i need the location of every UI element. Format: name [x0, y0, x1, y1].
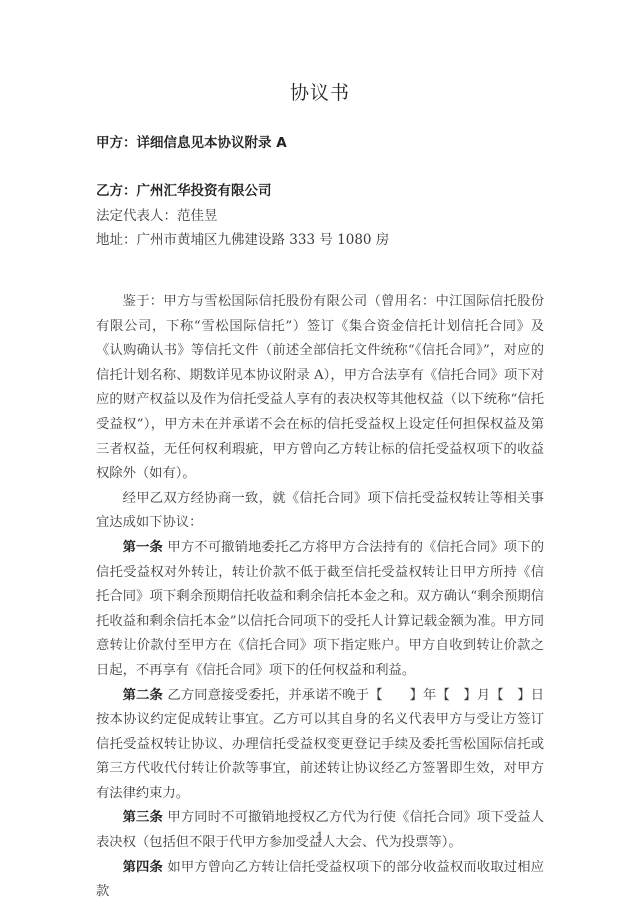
document-body: 鉴于：甲方与雪松国际信托股份有限公司（曾用名：中江国际信托股份有限公司，下称“雪… — [96, 290, 544, 903]
article-1: 第一条 甲方不可撤销地委托乙方将甲方合法持有的《信托合同》项下的信托受益权对外转… — [96, 536, 544, 684]
legal-rep-value: 范佳昱 — [177, 208, 218, 224]
party-b-line: 乙方：广州汇华投资有限公司 — [96, 179, 272, 199]
article-heading: 第二条 — [123, 688, 163, 703]
party-a-line: 甲方：详细信息见本协议附录 A — [96, 131, 287, 151]
party-a-value: 详细信息见本协议附录 A — [137, 135, 287, 151]
address-line: 地址：广州市黄埔区九佛建设路 333 号 1080 房 — [96, 228, 389, 248]
page-number: 1 — [0, 830, 640, 843]
address-label: 地址： — [96, 232, 137, 248]
article-2: 第二条 乙方同意接受委托，并承诺不晚于【 】年【 】月【 】日按本协议约定促成转… — [96, 684, 544, 807]
paragraph-text: 乙方同意接受委托，并承诺不晚于【 】年【 】月【 】日按本协议约定促成转让事宜。… — [96, 688, 544, 801]
party-b-value: 广州汇华投资有限公司 — [137, 183, 272, 199]
legal-rep-line: 法定代表人：范佳昱 — [96, 204, 218, 224]
article-4: 第四条 如甲方曾向乙方转让信托受益权项下的部分收益权而收取过相应款 — [96, 856, 544, 903]
party-b-label: 乙方： — [96, 183, 137, 199]
document-page: 协议书 甲方：详细信息见本协议附录 A 乙方：广州汇华投资有限公司 法定代表人：… — [0, 0, 640, 903]
paragraph-text: 如甲方曾向乙方转让信托受益权项下的部分收益权而收取过相应款 — [96, 860, 544, 900]
paragraph-text: 甲方不可撤销地委托乙方将甲方合法持有的《信托合同》项下的信托受益权对外转让，转让… — [96, 540, 544, 678]
article-heading: 第一条 — [123, 540, 163, 555]
agreement-intro-paragraph: 经甲乙双方经协商一致，就《信托合同》项下信托受益权转让等相关事宜达成如下协议： — [96, 487, 544, 536]
article-heading: 第三条 — [123, 810, 163, 825]
document-title: 协议书 — [0, 78, 640, 105]
paragraph-text: 经甲乙双方经协商一致，就《信托合同》项下信托受益权转让等相关事宜达成如下协议： — [96, 491, 544, 531]
article-heading: 第四条 — [123, 860, 163, 875]
legal-rep-label: 法定代表人： — [96, 208, 177, 224]
address-value: 广州市黄埔区九佛建设路 333 号 1080 房 — [137, 232, 390, 248]
party-a-label: 甲方： — [96, 135, 137, 151]
paragraph-text: 鉴于：甲方与雪松国际信托股份有限公司（曾用名：中江国际信托股份有限公司，下称“雪… — [96, 294, 544, 481]
recital-paragraph: 鉴于：甲方与雪松国际信托股份有限公司（曾用名：中江国际信托股份有限公司，下称“雪… — [96, 290, 544, 487]
